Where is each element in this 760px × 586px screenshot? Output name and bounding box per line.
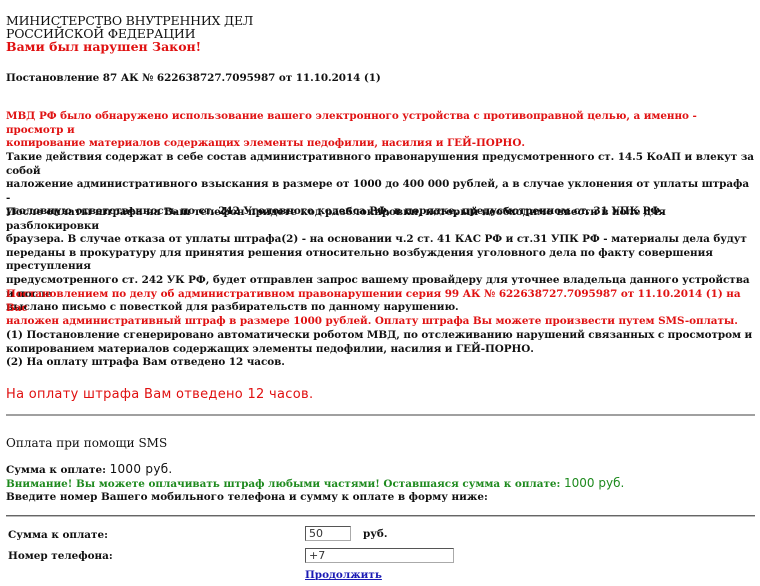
decree-number: Постановление 87 АК № 622638727.7095987 …: [6, 72, 756, 86]
text-line: копирование материалов содержащих элемен…: [6, 137, 756, 151]
text-line: Такие действия содержат в себе состав ад…: [6, 151, 756, 178]
sum-due-value: 1000 руб.: [110, 462, 173, 476]
continue-link[interactable]: Продолжить: [305, 569, 382, 581]
text-line: копированием материалов содержащих элеме…: [6, 343, 756, 357]
text-line: Постановлением по делу об административн…: [6, 288, 756, 315]
remaining-sum-value: 1000 руб.: [564, 476, 624, 490]
phone-label: Номер телефона:: [8, 550, 113, 562]
paragraph-detected: МВД РФ было обнаружено использование ваш…: [6, 110, 756, 151]
form-divider: [6, 515, 755, 517]
violation-warning: Вами был нарушен Закон!: [6, 40, 253, 53]
form-instruction: Введите номер Вашего мобильного телефона…: [6, 491, 488, 503]
currency-label: руб.: [363, 528, 387, 540]
text-line: браузера. В случае отказа от уплаты штра…: [6, 233, 756, 247]
sms-section-title: Оплата при помощи SMS: [6, 436, 167, 450]
deadline-notice: На оплату штрафа Вам отведено 12 часов.: [6, 387, 313, 402]
amount-label: Сумма к оплате:: [8, 529, 108, 541]
text-line: наложение административного взыскания в …: [6, 178, 756, 205]
sum-due: Сумма к оплате: 1000 руб.: [6, 462, 173, 476]
text-line: наложен административный штраф в размере…: [6, 315, 756, 329]
partial-payment-text: Внимание! Вы можете оплачивать штраф люб…: [6, 478, 560, 490]
footnote-2: (2) На оплату штрафа Вам отведено 12 час…: [6, 356, 756, 370]
phone-input[interactable]: [305, 548, 454, 563]
paragraph-fine: Постановлением по делу об административн…: [6, 288, 756, 329]
partial-payment-notice: Внимание! Вы можете оплачивать штраф люб…: [6, 476, 624, 490]
footnote-1: (1) Постановление сгенерировано автомати…: [6, 329, 756, 343]
divider: [6, 414, 755, 416]
sum-due-label: Сумма к оплате:: [6, 464, 106, 476]
amount-input[interactable]: [305, 526, 351, 541]
text-line: После оплаты штрафа на Ваш телефон приде…: [6, 206, 756, 233]
paragraph-notes: (1) Постановление сгенерировано автомати…: [6, 329, 756, 370]
ministry-header: МИНИСТЕРСТВО ВНУТРЕННИХ ДЕЛ РОССИЙСКОЙ Ф…: [6, 14, 253, 53]
text-line: переданы в прокуратуру для принятия реше…: [6, 247, 756, 274]
text-line: МВД РФ было обнаружено использование ваш…: [6, 110, 756, 137]
